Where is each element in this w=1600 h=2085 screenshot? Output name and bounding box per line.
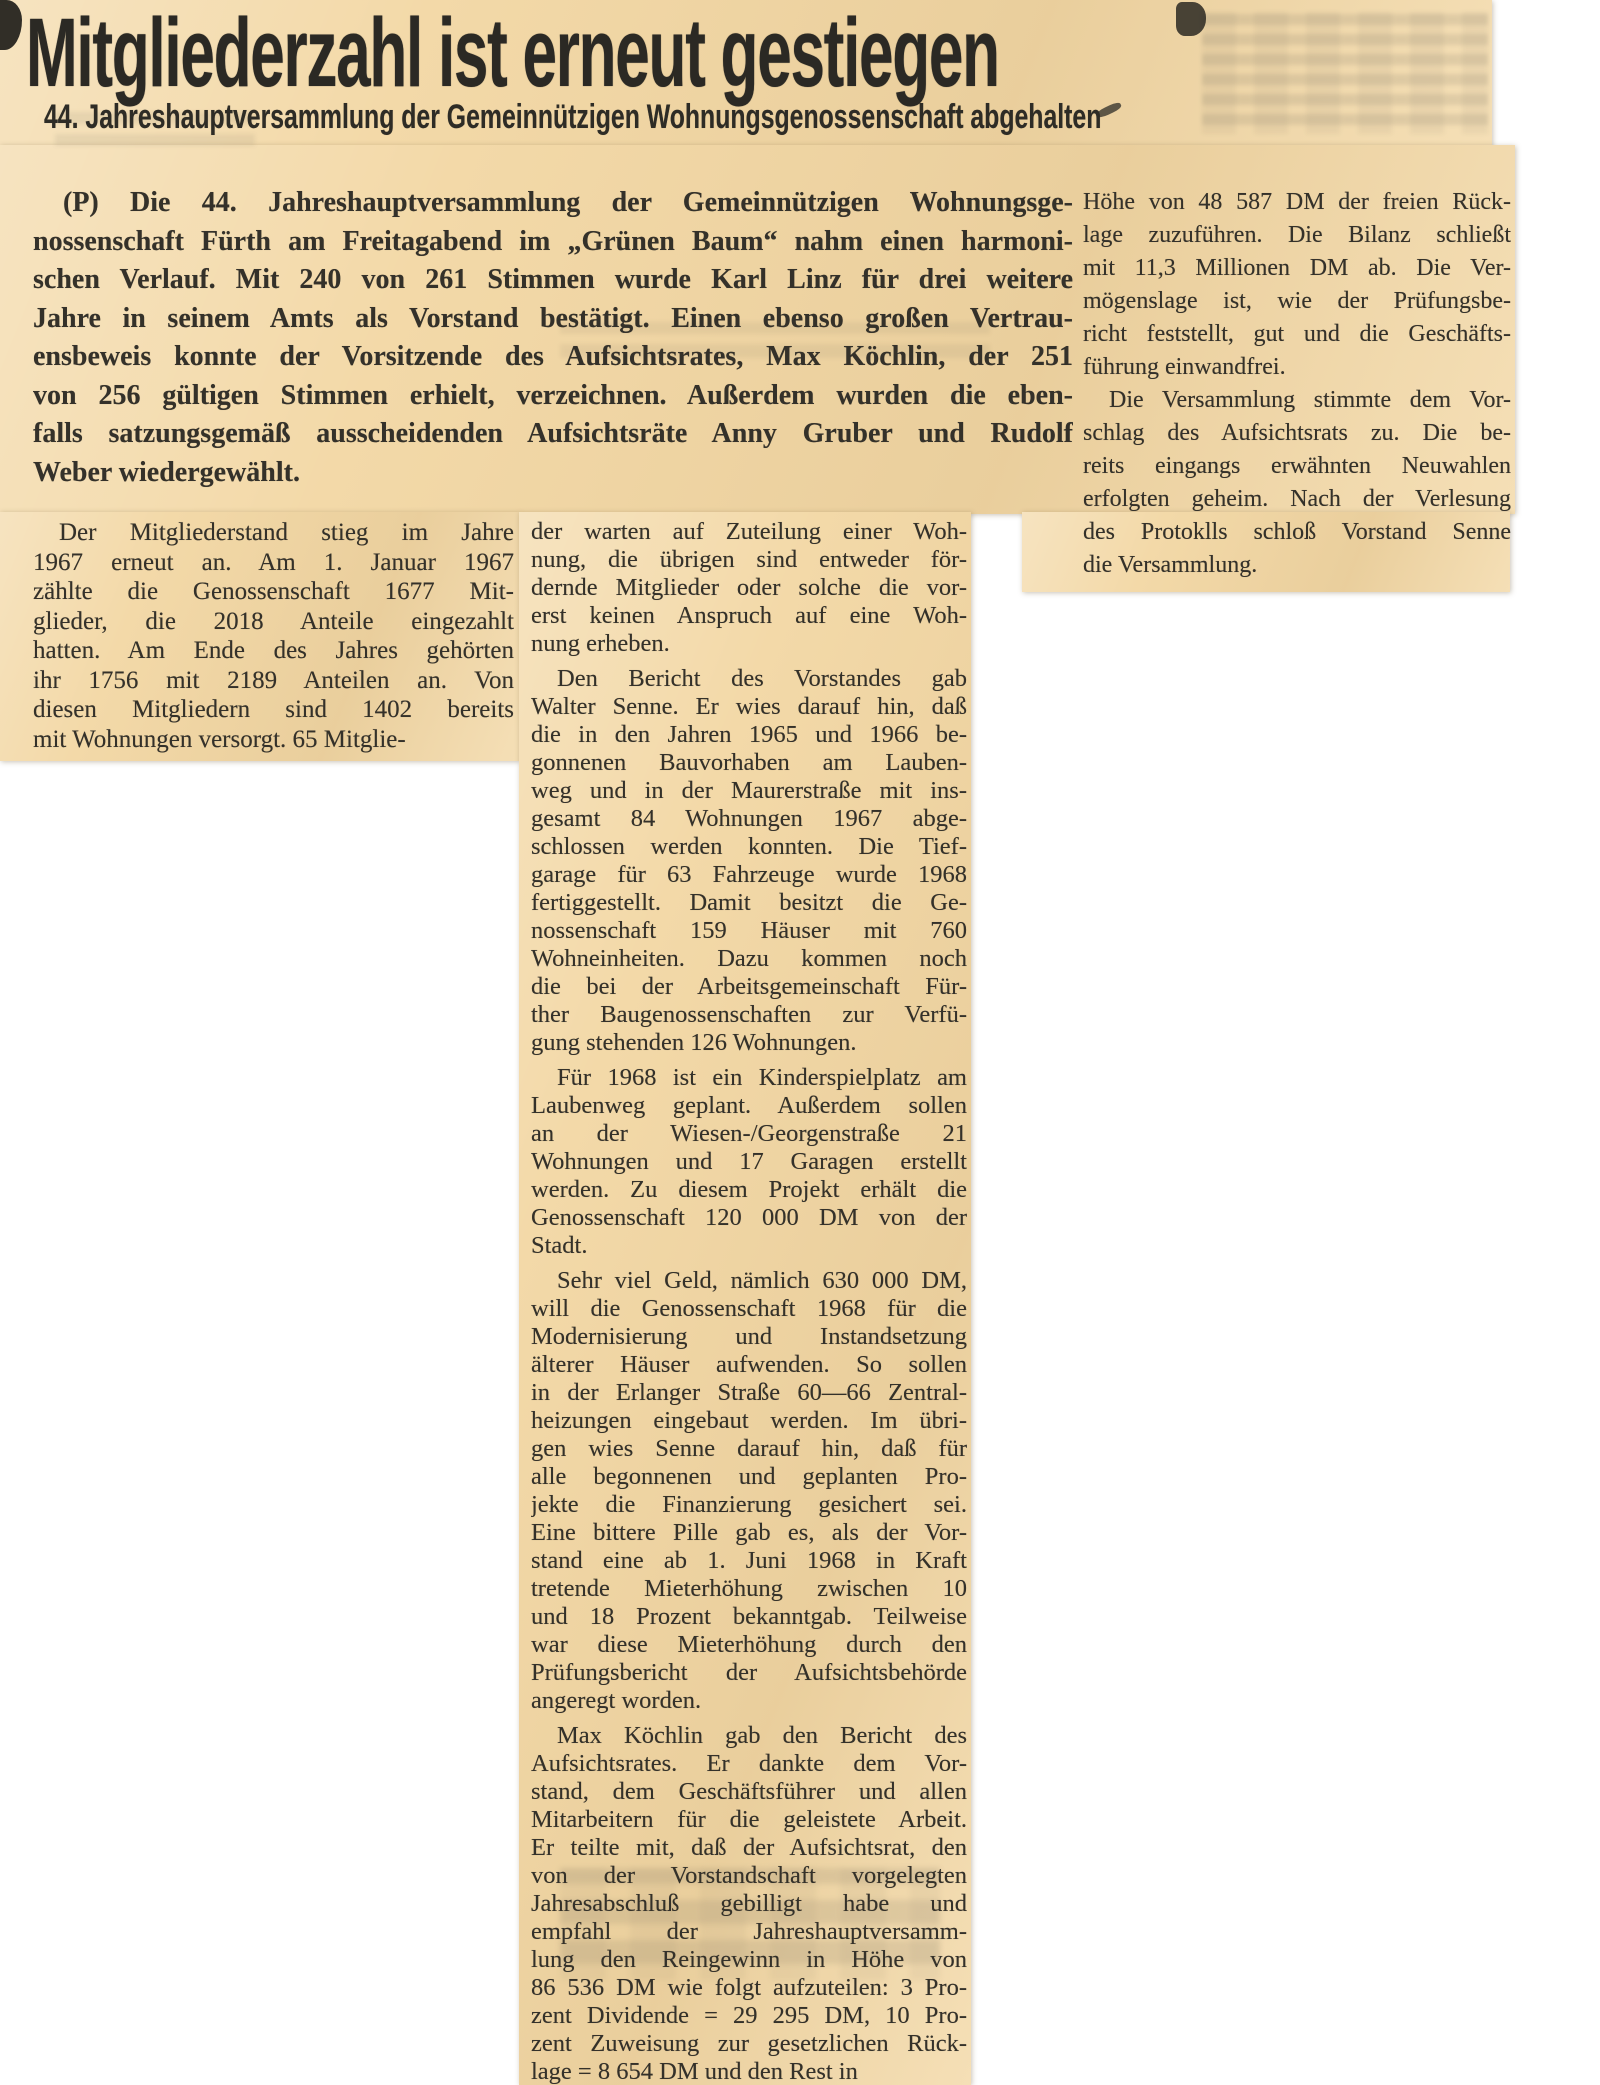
text-line: nossenschaft 159 Häuser mit 760 — [531, 917, 967, 945]
text-line: Genossenschaft 120 000 DM von der — [531, 1204, 967, 1232]
text-line: ihr 1756 mit 2189 Anteilen an. Von — [33, 666, 514, 696]
text-line: schen Verlauf. Mit 240 von 261 Stimmen w… — [33, 261, 1073, 300]
text-line: Er teilte mit, daß der Aufsichtsrat, den — [531, 1834, 967, 1862]
text-line: mit Wohnungen versorgt. 65 Mitglie- — [33, 725, 514, 755]
text-line: gen wies Senne darauf hin, daß für — [531, 1435, 967, 1463]
text-line: Den Bericht des Vorstandes gab — [531, 665, 967, 693]
text-line: gesamt 84 Wohnungen 1967 abge- — [531, 805, 967, 833]
text-line: Jahre in seinem Amts als Vorstand bestät… — [33, 300, 1073, 339]
text-line: war diese Mieterhöhung durch den — [531, 1631, 967, 1659]
newspaper-clipping-scan: Mitgliederzahl ist erneut gestiegen 44. … — [0, 0, 1600, 2085]
text-line: reits eingangs erwähnten Neuwahlen — [1083, 450, 1511, 483]
text-line: angeregt worden. — [531, 1687, 967, 1715]
article-headline: Mitgliederzahl ist erneut gestiegen — [26, 4, 999, 101]
text-line: (P) Die 44. Jahreshauptversammlung der G… — [33, 184, 1073, 223]
paragraph: Max Köchlin gab den Bericht desAufsichts… — [531, 1722, 967, 2085]
text-line: die Versammlung. — [1083, 549, 1511, 582]
body-column-left: Der Mitgliederstand stieg im Jahre1967 e… — [33, 518, 514, 754]
text-line: garage für 63 Fahrzeuge wurde 1968 — [531, 861, 967, 889]
text-line: ther Baugenossenschaften zur Verfü- — [531, 1001, 967, 1029]
paragraph: Den Bericht des Vorstandes gabWalter Sen… — [531, 665, 967, 1057]
text-line: heizungen eingebaut werden. Im übri- — [531, 1407, 967, 1435]
text-line: ensbeweis konnte der Vorsitzende des Auf… — [33, 338, 1073, 377]
text-line: Wohnungen und 17 Garagen erstellt — [531, 1148, 967, 1176]
text-line: gonnenen Bauvorhaben am Lauben- — [531, 749, 967, 777]
body-column-middle: der warten auf Zuteilung einer Woh-nung,… — [531, 518, 967, 2085]
text-line: zent Dividende = 29 295 DM, 10 Pro- — [531, 2002, 967, 2030]
paragraph: Der Mitgliederstand stieg im Jahre1967 e… — [33, 518, 514, 754]
text-line: Weber wiedergewählt. — [33, 454, 1073, 493]
text-line: dernde Mitglieder oder solche die vor- — [531, 574, 967, 602]
text-line: empfahl der Jahreshauptversamm- — [531, 1918, 967, 1946]
text-line: erst keinen Anspruch auf eine Woh- — [531, 602, 967, 630]
paragraph: Die Versammlung stimmte dem Vor-schlag d… — [1083, 384, 1511, 582]
text-line: Mitarbeitern für die geleistete Arbeit. — [531, 1806, 967, 1834]
text-line: Wohneinheiten. Dazu kommen noch — [531, 945, 967, 973]
text-line: Walter Senne. Er wies darauf hin, daß — [531, 693, 967, 721]
text-line: Eine bittere Pille gab es, als der Vor- — [531, 1519, 967, 1547]
text-line: schlossen werden konnten. Die Tief- — [531, 833, 967, 861]
text-line: an der Wiesen-/Georgenstraße 21 — [531, 1120, 967, 1148]
text-line: alle begonnenen und geplanten Pro- — [531, 1463, 967, 1491]
text-line: des Protoklls schloß Vorstand Senne — [1083, 516, 1511, 549]
text-line: werden. Zu diesem Projekt erhält die — [531, 1176, 967, 1204]
text-line: Max Köchlin gab den Bericht des — [531, 1722, 967, 1750]
paragraph: Für 1968 ist ein Kinderspielplatz amLaub… — [531, 1064, 967, 1260]
paragraph: Sehr viel Geld, nämlich 630 000 DM,will … — [531, 1267, 967, 1715]
text-line: fertiggestellt. Damit besitzt die Ge- — [531, 889, 967, 917]
text-line: lage = 8 654 DM und den Rest in — [531, 2058, 967, 2085]
text-line: von der Vorstandschaft vorgelegten — [531, 1862, 967, 1890]
text-line: zählte die Genossenschaft 1677 Mit- — [33, 577, 514, 607]
paragraph: (P) Die 44. Jahreshauptversammlung der G… — [33, 184, 1073, 492]
text-line: 86 536 DM wie folgt aufzuteilen: 3 Pro- — [531, 1974, 967, 2002]
article-subheadline: 44. Jahreshauptversammlung der Gemeinnüt… — [44, 97, 1101, 138]
paragraph: der warten auf Zuteilung einer Woh-nung,… — [531, 518, 967, 658]
text-line: mit 11,3 Millionen DM ab. Die Ver- — [1083, 252, 1511, 285]
text-line: Aufsichtsrates. Er dankte dem Vor- — [531, 1750, 967, 1778]
text-line: hatten. Am Ende des Jahres gehörten — [33, 636, 514, 666]
text-line: lung den Reingewinn in Höhe von — [531, 1946, 967, 1974]
text-line: älterer Häuser aufwenden. So sollen — [531, 1351, 967, 1379]
text-line: jekte die Finanzierung gesichert sei. — [531, 1491, 967, 1519]
text-line: zent Zuweisung zur gesetzlichen Rück- — [531, 2030, 967, 2058]
text-line: in der Erlanger Straße 60—66 Zentral- — [531, 1379, 967, 1407]
text-line: der warten auf Zuteilung einer Woh- — [531, 518, 967, 546]
text-line: und 18 Prozent bekanntgab. Teilweise — [531, 1603, 967, 1631]
text-line: weg und in der Maurerstraße mit ins- — [531, 777, 967, 805]
text-line: lage zuzuführen. Die Bilanz schließt — [1083, 219, 1511, 252]
text-line: von 256 gültigen Stimmen erhielt, verzei… — [33, 377, 1073, 416]
text-line: Prüfungsbericht der Aufsichtsbehörde — [531, 1659, 967, 1687]
text-line: richt feststellt, gut und die Geschäfts- — [1083, 318, 1511, 351]
paragraph: Höhe von 48 587 DM der freien Rück-lage … — [1083, 186, 1511, 384]
text-line: schlag des Aufsichtsrats zu. Die be- — [1083, 417, 1511, 450]
text-line: die bei der Arbeitsgemeinschaft Für- — [531, 973, 967, 1001]
text-line: Höhe von 48 587 DM der freien Rück- — [1083, 186, 1511, 219]
text-line: 1967 erneut an. Am 1. Januar 1967 — [33, 548, 514, 578]
text-line: gung stehenden 126 Wohnungen. — [531, 1029, 967, 1057]
text-line: Stadt. — [531, 1232, 967, 1260]
text-line: die in den Jahren 1965 und 1966 be- — [531, 721, 967, 749]
text-line: Die Versammlung stimmte dem Vor- — [1083, 384, 1511, 417]
text-line: stand eine ab 1. Juni 1968 in Kraft — [531, 1547, 967, 1575]
text-line: diesen Mitgliedern sind 1402 bereits — [33, 695, 514, 725]
text-line: nung, die übrigen sind entweder för- — [531, 546, 967, 574]
text-line: Der Mitgliederstand stieg im Jahre — [33, 518, 514, 548]
text-line: Für 1968 ist ein Kinderspielplatz am — [531, 1064, 967, 1092]
text-line: stand, dem Geschäftsführer und allen — [531, 1778, 967, 1806]
text-line: Modernisierung und Instandsetzung — [531, 1323, 967, 1351]
body-column-right: Höhe von 48 587 DM der freien Rück-lage … — [1083, 186, 1511, 582]
text-line: falls satzungsgemäß ausscheidenden Aufsi… — [33, 415, 1073, 454]
text-line: Laubenweg geplant. Außerdem sollen — [531, 1092, 967, 1120]
text-line: tretende Mieterhöhung zwischen 10 — [531, 1575, 967, 1603]
text-line: führung einwandfrei. — [1083, 351, 1511, 384]
text-line: mögenslage ist, wie der Prüfungsbe- — [1083, 285, 1511, 318]
text-line: nossenschaft Fürth am Freitagabend im „G… — [33, 223, 1073, 262]
text-line: Sehr viel Geld, nämlich 630 000 DM, — [531, 1267, 967, 1295]
lead-paragraph: (P) Die 44. Jahreshauptversammlung der G… — [33, 184, 1073, 492]
text-line: Jahresabschluß gebilligt habe und — [531, 1890, 967, 1918]
text-line: erfolgten geheim. Nach der Verlesung — [1083, 483, 1511, 516]
text-line: will die Genossenschaft 1968 für die — [531, 1295, 967, 1323]
text-line: nung erheben. — [531, 630, 967, 658]
text-line: glieder, die 2018 Anteile eingezahlt — [33, 607, 514, 637]
